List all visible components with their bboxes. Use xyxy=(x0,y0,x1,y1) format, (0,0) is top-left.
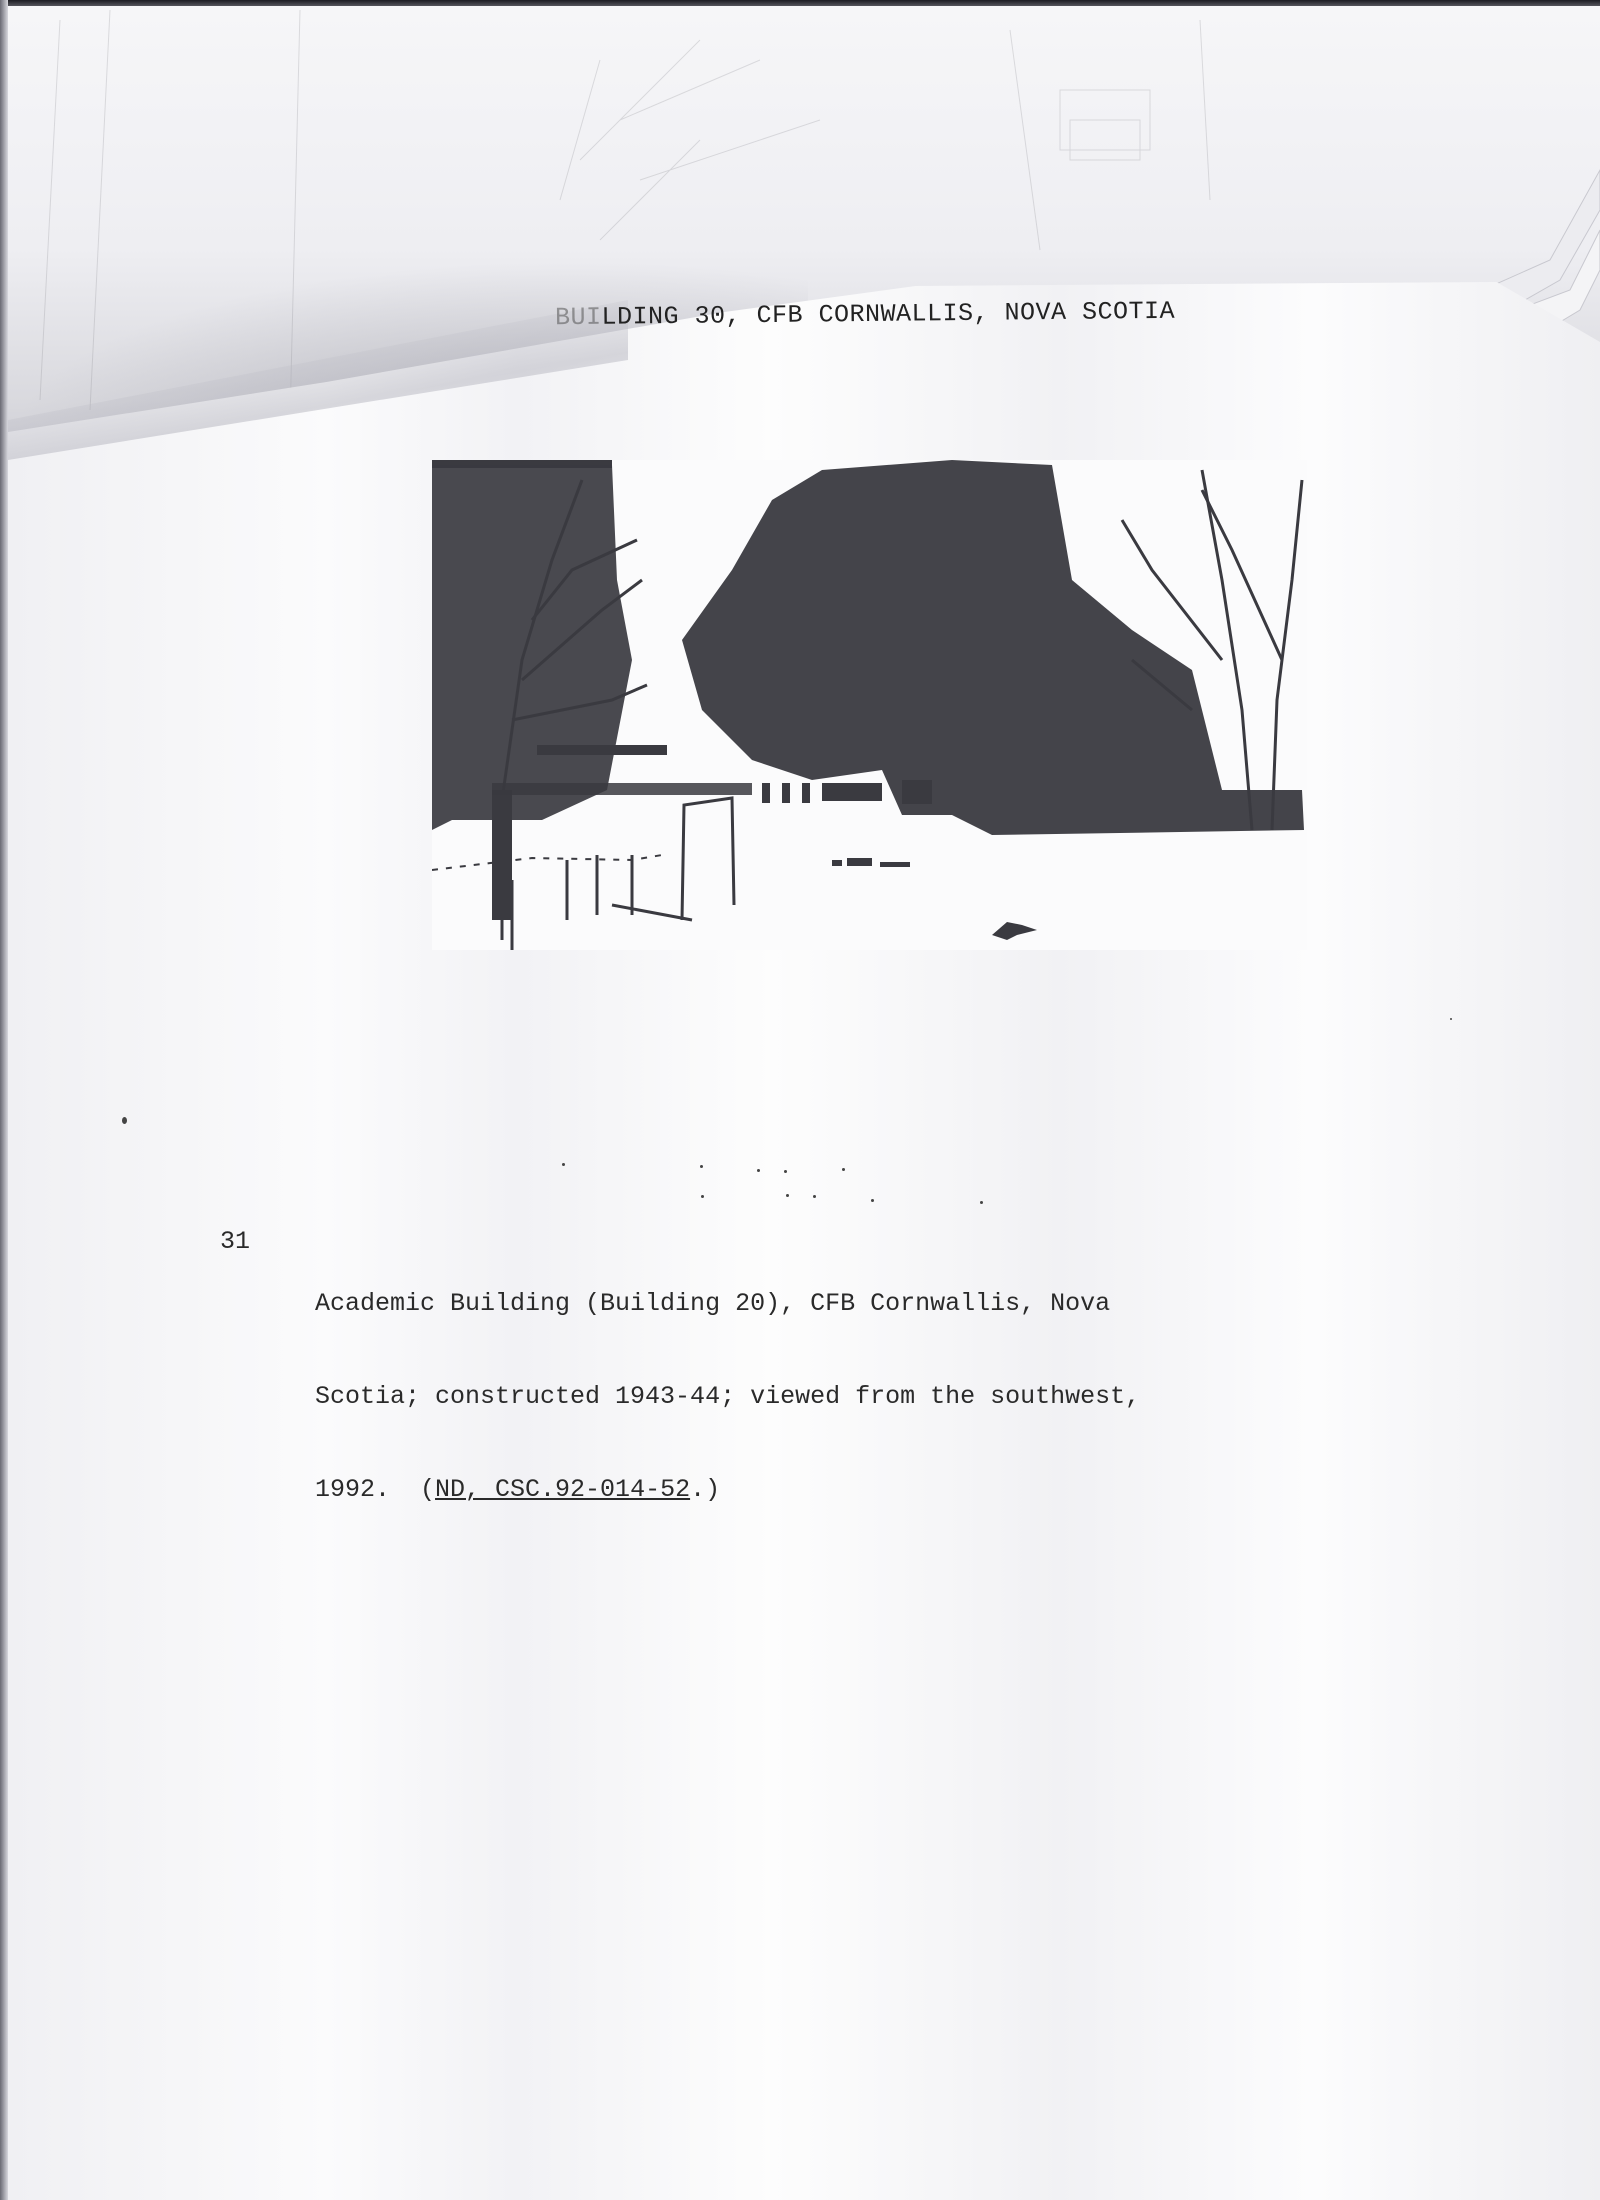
caption-line-3: 1992. (ND, CSC.92-014-52.) xyxy=(315,1474,1140,1505)
scan-speck xyxy=(871,1199,874,1202)
scan-speck xyxy=(842,1168,845,1171)
scan-speck xyxy=(784,1170,787,1173)
figure-caption: 31 Academic Building (Building 20), CFB … xyxy=(220,1226,250,1319)
caption-line-3-suffix: .) xyxy=(690,1475,720,1504)
scan-speck xyxy=(122,1117,127,1124)
scan-speck xyxy=(813,1195,816,1198)
scan-speck xyxy=(701,1195,704,1198)
caption-line-3-prefix: 1992. ( xyxy=(315,1475,435,1504)
scan-speck xyxy=(700,1165,703,1168)
scan-speck xyxy=(980,1201,983,1204)
header-clipped-prefix: BUI xyxy=(555,303,602,332)
scan-speck xyxy=(1450,1018,1452,1020)
scan-speck xyxy=(786,1194,789,1197)
caption-line-2: Scotia; constructed 1943-44; viewed from… xyxy=(315,1381,1140,1412)
figure-photograph xyxy=(432,460,1307,950)
caption-line-1: Academic Building (Building 20), CFB Cor… xyxy=(315,1288,1140,1319)
scan-speck xyxy=(562,1163,565,1166)
figure-number: 31 xyxy=(220,1226,250,1257)
scan-speck xyxy=(757,1169,760,1172)
header-visible-text: LDING 30, CFB CORNWALLIS, NOVA SCOTIA xyxy=(601,297,1175,332)
archive-reference: ND, CSC.92-014-52 xyxy=(435,1475,690,1504)
